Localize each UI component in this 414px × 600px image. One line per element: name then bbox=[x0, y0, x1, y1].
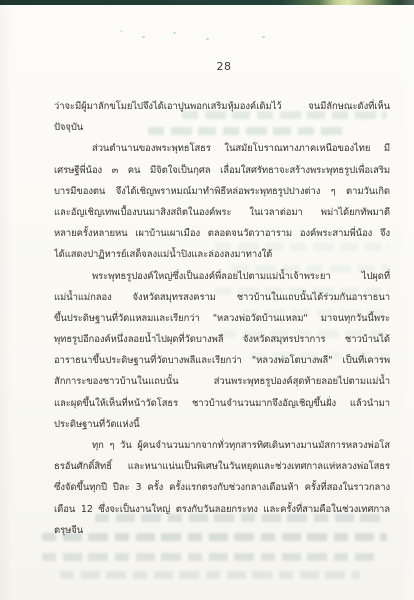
text-line: ทุก ๆ วัน ผู้คนจำนวนมากจากทั่วทุกสารทิศเ… bbox=[54, 435, 390, 456]
text-line: พระพุทธรูปองค์ใหญ่ซึ่งเป็นองค์พี่ลอยไปตา… bbox=[54, 266, 390, 287]
text-line: ส่วนตำนานของพระพุทธโสธร ในสมัยโบราณทางภา… bbox=[54, 138, 390, 159]
text-line: เดือน 12 ซึ่งจะเป็นงานใหญ่ ตรงกับวันลอยก… bbox=[54, 499, 390, 520]
text-line: สักการะของชาวบ้านในแถบนั้น ส่วนพระพุทธรู… bbox=[54, 371, 390, 392]
text-line: ขึ้นประดิษฐานที่วัดแหลมและเรียกว่า "หลวง… bbox=[54, 308, 390, 329]
scanned-document-page: 28 ว่าจะมีผู้มาลักขโมยไปจึงได้เอาปูนพอกเ… bbox=[0, 0, 414, 600]
text-line: และอัญเชิญเทพเบื้องบนมาสิงสถิตในองค์พระ … bbox=[54, 202, 390, 223]
text-line: ตรุษจีน bbox=[54, 520, 390, 541]
text-line: เศรษฐีพี่น้อง ๓ คน มีจิตใจเป็นกุศล เลื่อ… bbox=[54, 160, 390, 181]
text-column: ว่าจะมีผู้มาลักขโมยไปจึงได้เอาปูนพอกเสริ… bbox=[54, 96, 390, 541]
text-line: หลายครั้งหลายหน เผาบ้านเผาเมือง ตลอดจนวั… bbox=[54, 223, 390, 244]
text-line: และผุดขึ้นให้เห็นที่หน้าวัดโสธร ชาวบ้านจ… bbox=[54, 393, 390, 414]
bleed-through-text bbox=[60, 571, 360, 579]
text-line: บารมีของตน จึงได้เชิญพราหมณ์มาทำพิธีหล่อ… bbox=[54, 181, 390, 202]
text-line: ซึ่งจัดขึ้นทุกปี ปีละ 3 ครั้ง ครั้งแรกตร… bbox=[54, 477, 390, 498]
text-line: พุทธรูปอีกองค์หนึ่งลอยน้ำไปผุดที่วัดบางพ… bbox=[54, 329, 390, 350]
scan-speck bbox=[142, 36, 145, 38]
bleed-through-text bbox=[42, 553, 377, 561]
text-line: ปัจจุบัน bbox=[54, 117, 390, 138]
text-line: ธรอันศักดิ์สิทธิ์ และหนาแน่นเป็นพิเศษในว… bbox=[54, 456, 390, 477]
scan-speck bbox=[120, 30, 123, 32]
scan-speck bbox=[173, 32, 176, 34]
text-line: อาราธนาขึ้นประดิษฐานที่วัดบางพลีและเรียก… bbox=[54, 350, 390, 371]
page-number: 28 bbox=[217, 60, 232, 73]
text-line: แม่น้ำแม่กลอง จังหวัดสมุทรสงคราม ชาวบ้าน… bbox=[54, 287, 390, 308]
scan-edge-strip bbox=[0, 0, 414, 5]
scan-speck bbox=[206, 38, 209, 40]
scan-speck bbox=[262, 36, 265, 38]
text-line: ประดิษฐานที่วัดแห่งนี้ bbox=[54, 414, 390, 435]
text-line: ว่าจะมีผู้มาลักขโมยไปจึงได้เอาปูนพอกเสริ… bbox=[54, 96, 390, 117]
text-line: ได้แสดงปาฏิหารย์เสด็จลงแม่น้ำปิงและล่องล… bbox=[54, 244, 390, 265]
